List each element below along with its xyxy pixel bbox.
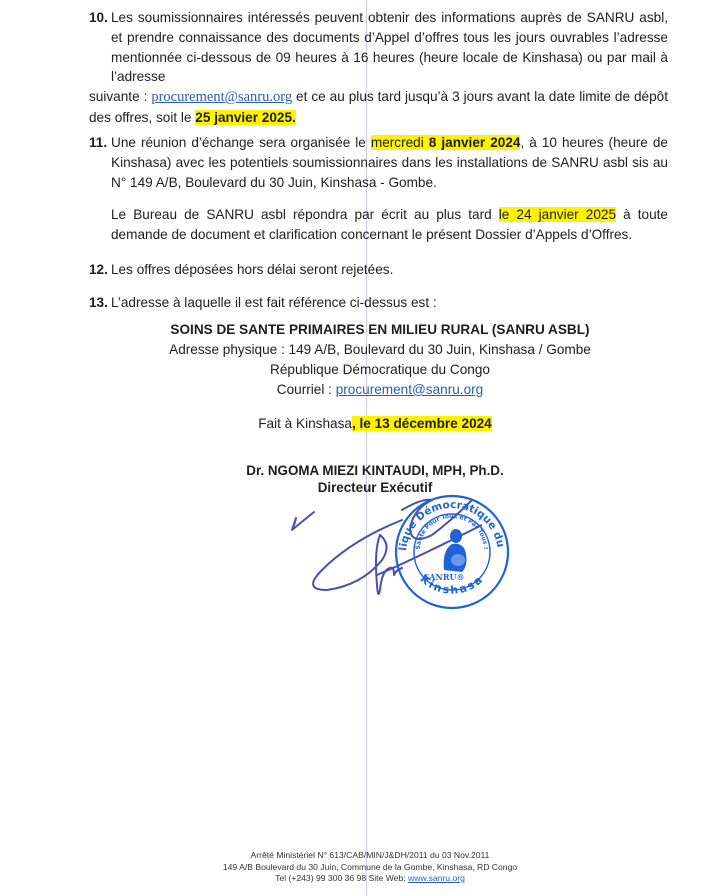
clause-number: 10.: [89, 8, 108, 28]
signing-date-highlight: , le 13 décembre 2024: [352, 416, 492, 431]
clause-text: Les offres déposées hors délai seront re…: [111, 260, 668, 280]
email-link[interactable]: procurement@sanru.org: [151, 89, 292, 105]
clause-text: Les soumissionnaires intéressés peuvent …: [111, 8, 668, 87]
website-link[interactable]: www.sanru.org: [408, 873, 465, 883]
clause-13: 13. L’adresse à laquelle il est fait réf…: [89, 293, 668, 313]
clause-number: 12.: [89, 260, 108, 280]
footer-contact: Tel (+243) 99 300 36 98 Site Web: www.sa…: [200, 873, 540, 885]
country: République Démocratique du Congo: [150, 360, 610, 380]
clause-11: 11. Une réunion d’échange sera organisée…: [89, 133, 668, 192]
clause-text: Une réunion d’échange sera organisée le …: [111, 133, 668, 192]
response-date-highlight: le 24 janvier 2025: [499, 207, 616, 222]
footer-address: 149 A/B Boulevard du 30 Juin, Commune de…: [200, 862, 540, 874]
deadline-date-highlight: 25 janvier 2025.: [195, 110, 296, 125]
official-stamp: République Démocratique du Congo Santé P…: [392, 492, 512, 612]
clause-11-paragraph-2: Le Bureau de SANRU asbl répondra par écr…: [89, 205, 668, 245]
clause-12: 12. Les offres déposées hors délai seron…: [89, 260, 668, 280]
clause-number: 11.: [89, 133, 107, 153]
stamp-outer-text: République Démocratique du Congo: [392, 492, 507, 552]
physical-address: Adresse physique : 149 A/B, Boulevard du…: [150, 340, 610, 360]
clause-number: 13.: [89, 293, 108, 313]
meeting-day-highlight: mercredi: [371, 135, 429, 150]
clause-10-continuation: suivante : procurement@sanru.org et ce a…: [89, 87, 668, 128]
address-block: SOINS DE SANTE PRIMAIRES EN MILIEU RURAL…: [150, 320, 610, 400]
signer-name: Dr. NGOMA MIEZI KINTAUDI, MPH, Ph.D.: [150, 462, 600, 479]
email-line: Courriel : procurement@sanru.org: [150, 380, 610, 400]
stamp-brand: SANRU®: [424, 572, 465, 582]
clause-text: Le Bureau de SANRU asbl répondra par écr…: [111, 205, 668, 245]
meeting-date-highlight: 8 janvier 2024: [429, 135, 521, 150]
footer-decree: Arrêté Ministériel N° 613/CAB/MIN/J&DH/2…: [200, 850, 540, 862]
place-date: Fait à Kinshasa, le 13 décembre 2024: [150, 414, 600, 434]
clause-text: L’adresse à laquelle il est fait référen…: [111, 293, 668, 313]
organization-name: SOINS DE SANTE PRIMAIRES EN MILIEU RURAL…: [150, 320, 610, 340]
address-email-link[interactable]: procurement@sanru.org: [336, 382, 484, 397]
clause-10: 10. Les soumissionnaires intéressés peuv…: [89, 8, 668, 87]
page-footer: Arrêté Ministériel N° 613/CAB/MIN/J&DH/2…: [200, 850, 540, 885]
